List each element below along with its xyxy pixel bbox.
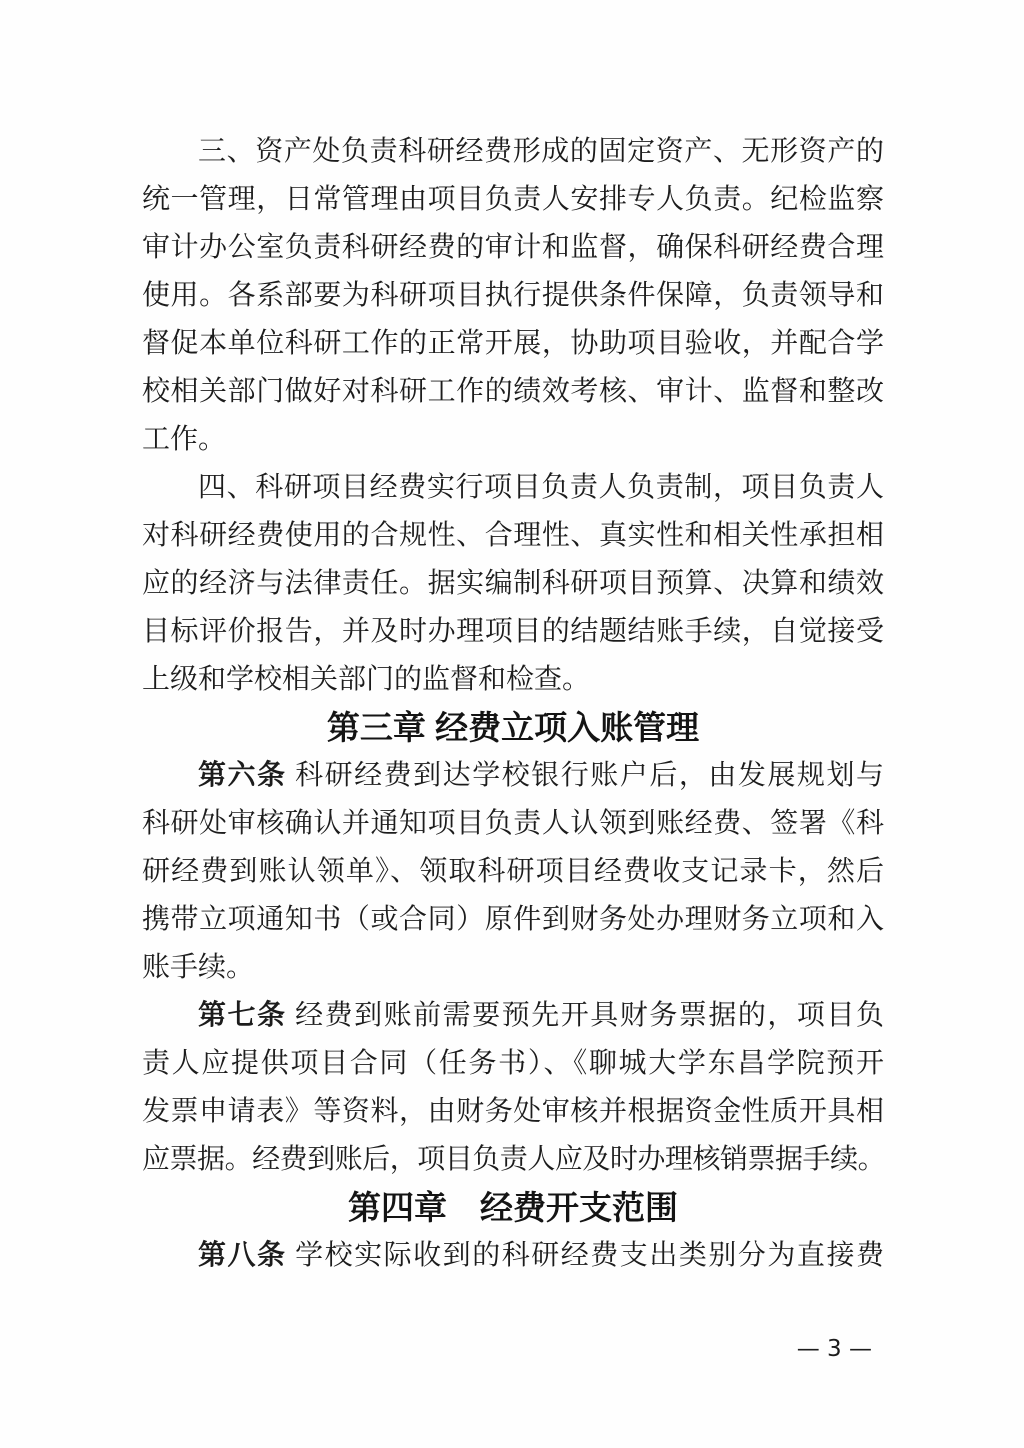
paragraph: 第七条 经费到账前需要预先开具财务票据的，项目负责人应提供项目合同（任务书）、《… — [142, 992, 884, 1184]
text-line: 科研处审核确认并通知项目负责人认领到账经费、签署《科 — [142, 800, 884, 848]
paragraph: 三、资产处负责科研经费形成的固定资产、无形资产的统一管理，日常管理由项目负责人安… — [142, 128, 884, 464]
text-line: 校相关部门做好对科研工作的绩效考核、审计、监督和整改 — [142, 368, 884, 416]
text-line: 账手续。 — [142, 944, 884, 992]
text-line: 携带立项通知书（或合同）原件到财务处办理财务立项和入 — [142, 896, 884, 944]
text-line: 对科研经费使用的合规性、合理性、真实性和相关性承担相 — [142, 512, 884, 560]
text-line: 应的经济与法律责任。据实编制科研项目预算、决算和绩效 — [142, 560, 884, 608]
text-line: 研经费到账认领单》、领取科研项目经费收支记录卡，然后 — [142, 848, 884, 896]
page-footer: — 3 — — [797, 1336, 872, 1362]
paragraph: 四、科研项目经费实行项目负责人负责制，项目负责人对科研经费使用的合规性、合理性、… — [142, 464, 884, 704]
text-line: 统一管理，日常管理由项目负责人安排专人负责。纪检监察 — [142, 176, 884, 224]
text-line: 四、科研项目经费实行项目负责人负责制，项目负责人 — [142, 464, 884, 512]
text-line: 发票申请表》等资料，由财务处审核并根据资金性质开具相 — [142, 1088, 884, 1136]
text-line: 第八条 学校实际收到的科研经费支出类别分为直接费 — [142, 1232, 884, 1280]
paragraph: 第六条 科研经费到达学校银行账户后，由发展规划与科研处审核确认并通知项目负责人认… — [142, 752, 884, 992]
article-number: 第八条 — [198, 1240, 287, 1271]
paragraph: 第八条 学校实际收到的科研经费支出类别分为直接费 — [142, 1232, 884, 1280]
text-line: 上级和学校相关部门的监督和检查。 — [142, 656, 884, 704]
text-line: 应票据。经费到账后，项目负责人应及时办理核销票据手续。 — [142, 1136, 884, 1184]
document-page: 三、资产处负责科研经费形成的固定资产、无形资产的统一管理，日常管理由项目负责人安… — [0, 0, 1024, 1448]
text-line: 目标评价报告，并及时办理项目的结题结账手续，自觉接受 — [142, 608, 884, 656]
article-number: 第七条 — [198, 1000, 287, 1031]
chapter-heading: 第四章 经费开支范围 — [142, 1184, 884, 1232]
text-line: 第七条 经费到账前需要预先开具财务票据的，项目负 — [142, 992, 884, 1040]
document-content: 三、资产处负责科研经费形成的固定资产、无形资产的统一管理，日常管理由项目负责人安… — [142, 128, 884, 1280]
text-line: 第六条 科研经费到达学校银行账户后，由发展规划与 — [142, 752, 884, 800]
text-line: 工作。 — [142, 416, 884, 464]
article-number: 第六条 — [198, 760, 287, 791]
text-line: 三、资产处负责科研经费形成的固定资产、无形资产的 — [142, 128, 884, 176]
text-line: 使用。各系部要为科研项目执行提供条件保障，负责领导和 — [142, 272, 884, 320]
chapter-heading: 第三章 经费立项入账管理 — [142, 704, 884, 752]
text-line: 审计办公室负责科研经费的审计和监督，确保科研经费合理 — [142, 224, 884, 272]
text-line: 督促本单位科研工作的正常开展，协助项目验收，并配合学 — [142, 320, 884, 368]
text-line: 责人应提供项目合同（任务书）、《聊城大学东昌学院预开 — [142, 1040, 884, 1088]
page-number: — 3 — — [797, 1336, 872, 1362]
